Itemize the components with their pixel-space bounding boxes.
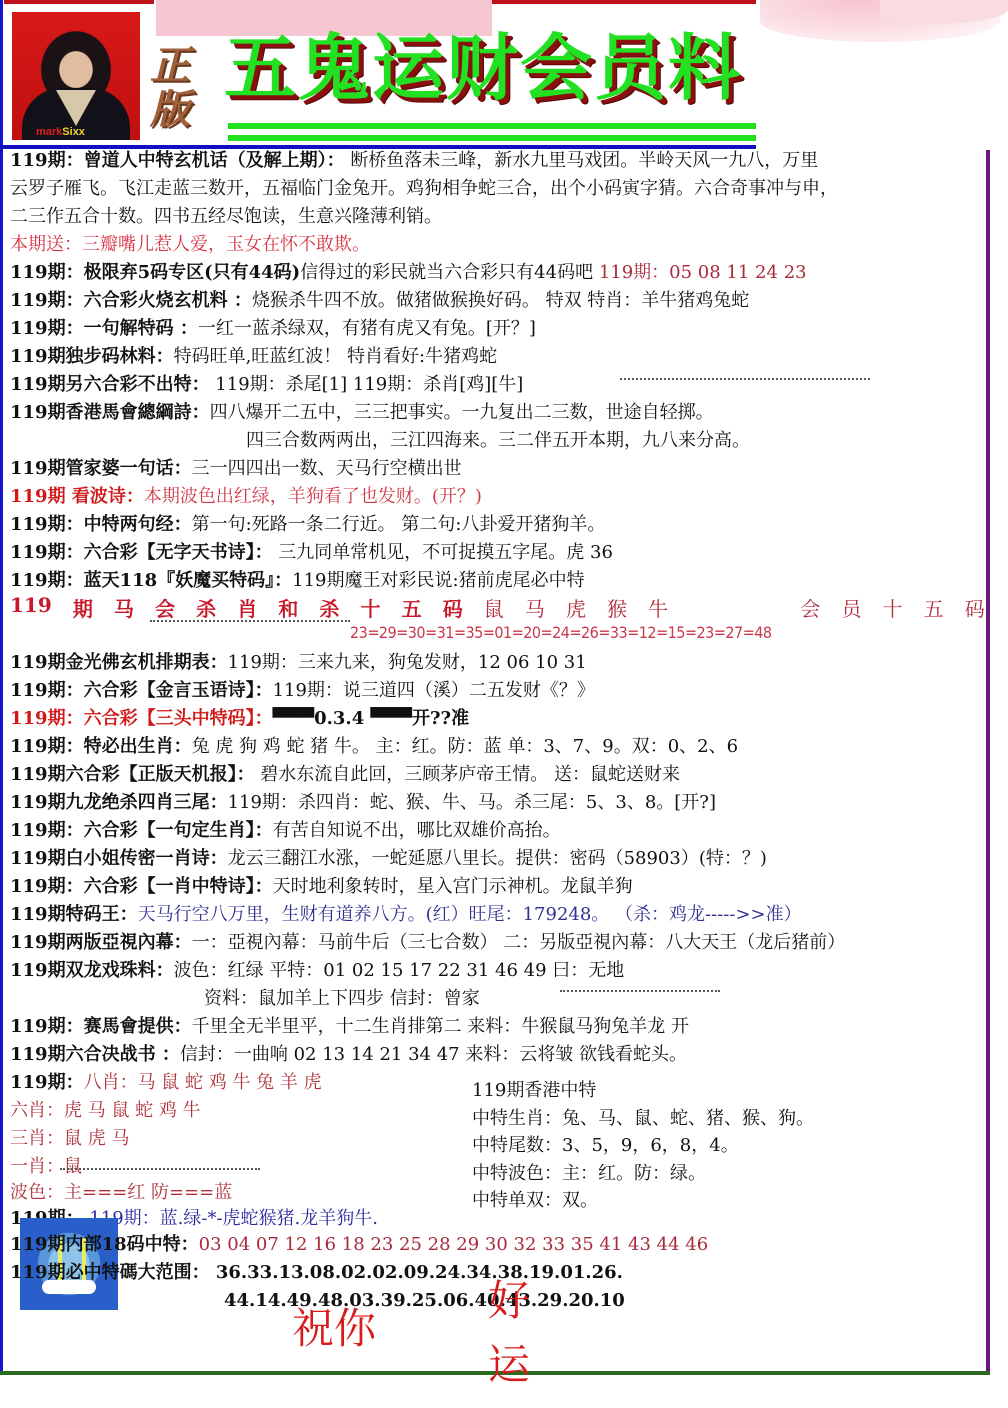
scribble-overlay [560,990,720,994]
line-continuation: 四三合数两两出，三江四海来。三二伴五开本期，九八来分高。 [246,428,750,454]
line-decisive-book: 119期六合决战书 ：信封：一曲响 02 13 14 21 34 47 来料：云… [10,1042,687,1068]
line-one-zodiac: 119期：六合彩【一句定生肖】：有苦自知说不出，哪比双雄价高抬。 [10,818,561,844]
line-dubu: 119期独步码林料：特码旺单,旺蓝红波！ 特肖看好:牛猪鸡蛇 [10,344,497,370]
line-double-dragon: 119期双龙戏珠料：波色：红绿 平特：01 02 15 17 22 31 46 … [10,958,624,984]
hk-box-row: 中特尾数：3、5，9，6，8，4。 [472,1132,814,1160]
line-three-zodiac: 三肖：鼠 虎 马 [10,1126,129,1152]
hk-box-row: 中特单双：双。 [472,1187,814,1215]
scribble-overlay [60,1168,260,1172]
line-golden-words: 119期：六合彩【金言玉语诗】：119期：说三道四（溪）二五发财《？》 [10,678,595,704]
line-wordless-poem: 119期：六合彩【无字天书诗】： 三九同单常机见，不可捉摸五字尾。虎 36 [10,540,613,566]
line-must-zodiac: 119期：特必出生肖：兔 虎 狗 鸡 蛇 猪 牛。 主：红。防：蓝 单：3、7、… [10,734,738,760]
frame-right-border [986,150,990,1372]
hk-special-box: 119期香港中特 中特生肖：兔、马、鼠、蛇、猪、猴、狗。 中特尾数：3、5，9，… [472,1077,814,1215]
line-jockey-club: 119期：赛馬會提供：千里全无半里平，十二生肖排第二 来料：牛猴鼠马狗兔羊龙 开 [10,1014,689,1040]
header-red-bar-left [4,0,154,4]
line-six-zodiac: 六肖：虎 马 鼠 蛇 鸡 牛 [10,1098,201,1124]
scribble-overlay [150,620,350,624]
line-one-zodiac-pick: 一肖：鼠 [10,1154,82,1180]
member-15-numbers: 23=29=30=31=35=01=20=24=26=33=12=15=23=2… [350,623,772,642]
scribble-overlay [620,378,870,382]
line-housekeeper: 119期管家婆一句话：三一四四出一数、天马行空横出世 [10,456,462,482]
line-golden-buddha: 119期金光佛玄机排期表：119期：三来九来，狗兔发财，12 06 10 31 [10,650,587,676]
wish-text: 祝你 [292,1296,376,1356]
wish-text: 好 [488,1268,530,1328]
line-two-sentences: 119期：中特两句经：第一句:死路一条二行近。 第二句:八卦爱开猪狗羊。 [10,512,605,538]
kill-zodiac-row: 119 期 马 会 杀 肖 和 杀 十 五 码 鼠 马 虎 猴 牛 会 员 十 … [10,593,985,622]
line-atv-insider: 119期两版亞視內幕：一：亞視內幕：马前牛后（三七合数） 二：另版亞視內幕：八大… [10,930,845,956]
line-no-special: 119期另六合彩不出特： 119期：杀尾[1] 119期：杀肖[鸡][牛] [10,372,523,398]
line-wave-color: 波色：主===红 防===蓝 [10,1180,232,1206]
line-wave-poem: 119期 看波诗：本期波色出红绿，羊狗看了也发财。(开？) [10,484,482,510]
line-continuation: 二三作五合十数。四书五经尽饱读，生意兴隆薄利销。 [10,204,442,230]
line-nine-dragons: 119期九龙绝杀四肖三尾：119期：杀四肖：蛇、猴、牛、马。杀三尾：5、3、8。… [10,790,716,816]
line-continuation: 云罗子雁飞。飞江走蓝三数开，五福临门金兔开。鸡狗相争蛇三合，出个小码寅字猜。六合… [10,176,838,202]
line-demon-code: 119期：蓝天118『妖魔买特码』：119期魔王对彩民说:猪前虎尾必中特 [10,568,585,594]
photo-watermark: markSixx [36,126,85,138]
line-special-king: 119期特码王：天马行空八万里，生财有道养八方。(红）旺尾：179248。 （杀… [10,902,802,928]
line-continuation: 资料：鼠加羊上下四步 信封：曾家 [204,986,480,1012]
line-miss-bai: 119期白小姐传密一肖诗：龙云三翻江水涨，一蛇延愿八里长。提供：密码（58903… [10,846,767,872]
wish-text: 运 [488,1332,530,1392]
line-extreme-44: 119期：极限弃5码专区(只有44码)信得过的彩民就当六合彩只有44码吧 119… [10,260,807,286]
header-red-bar-right [492,0,756,4]
title-underline [228,135,756,141]
line-fire-formula: 119期：六合彩火烧玄机料 ：烧猴杀牛四不放。做猪做猴换好码。 特双 特肖：羊牛… [10,288,749,314]
line-internal-18: 119期内部18码中特：03 04 07 12 16 18 23 25 28 2… [10,1232,708,1258]
line-continuation: 44.14.49.48.03.39.25.06.40.43.29.20.10 [224,1288,625,1314]
frame-left-border [0,0,3,1374]
line-tianji: 119期六合彩【正版天机报】： 碧水东流自此回，三顾茅庐帝王情。 送：鼠蛇送财来 [10,762,680,788]
line-big-range: 119期必中特碼大范围： 36.33.13.08.02.02.09.24.34.… [10,1260,623,1286]
line-hk-poem: 119期香港馬會總綱詩：四八爆开二五中，三三把事实。一九复出二三数，世途自轻掷。 [10,400,714,426]
line-three-heads: 119期：六合彩【三头中特码】：▀▀▀0.3.4 ▀▀▀开??准 [10,706,469,732]
portrait-photo: markSixx [12,12,140,140]
hk-box-title: 119期香港中特 [472,1077,814,1105]
line-eight-zodiac: 119期：八肖：马 鼠 蛇 鸡 牛 兔 羊 虎 [10,1070,322,1096]
line-one-zodiac-poem: 119期：六合彩【一肖中特诗】：天时地利象转时，星入宫门示神机。龙鼠羊狗 [10,874,633,900]
page-title: 五鬼运财会员料 [224,28,742,108]
hk-box-row: 中特波色：主：红。防：绿。 [472,1160,814,1188]
line-gift: 本期送：三瓣嘴儿惹人爱，玉女在怀不敢欺。 [10,232,370,258]
title-underline [228,123,756,129]
line-one-sentence: 119期：一句解特码 ：一红一蓝杀绿双，有猪有虎又有兔。[开？] [10,316,536,342]
hk-box-row: 中特生肖：兔、马、鼠、蛇、猪、猴、狗。 [472,1105,814,1133]
line-zengdaoren: 119期：曾道人中特玄机话（及解上期）： 断桥鱼落未三峰，新水九里马戏团。半岭天… [10,148,818,174]
genuine-badge: 正版 [150,44,202,132]
